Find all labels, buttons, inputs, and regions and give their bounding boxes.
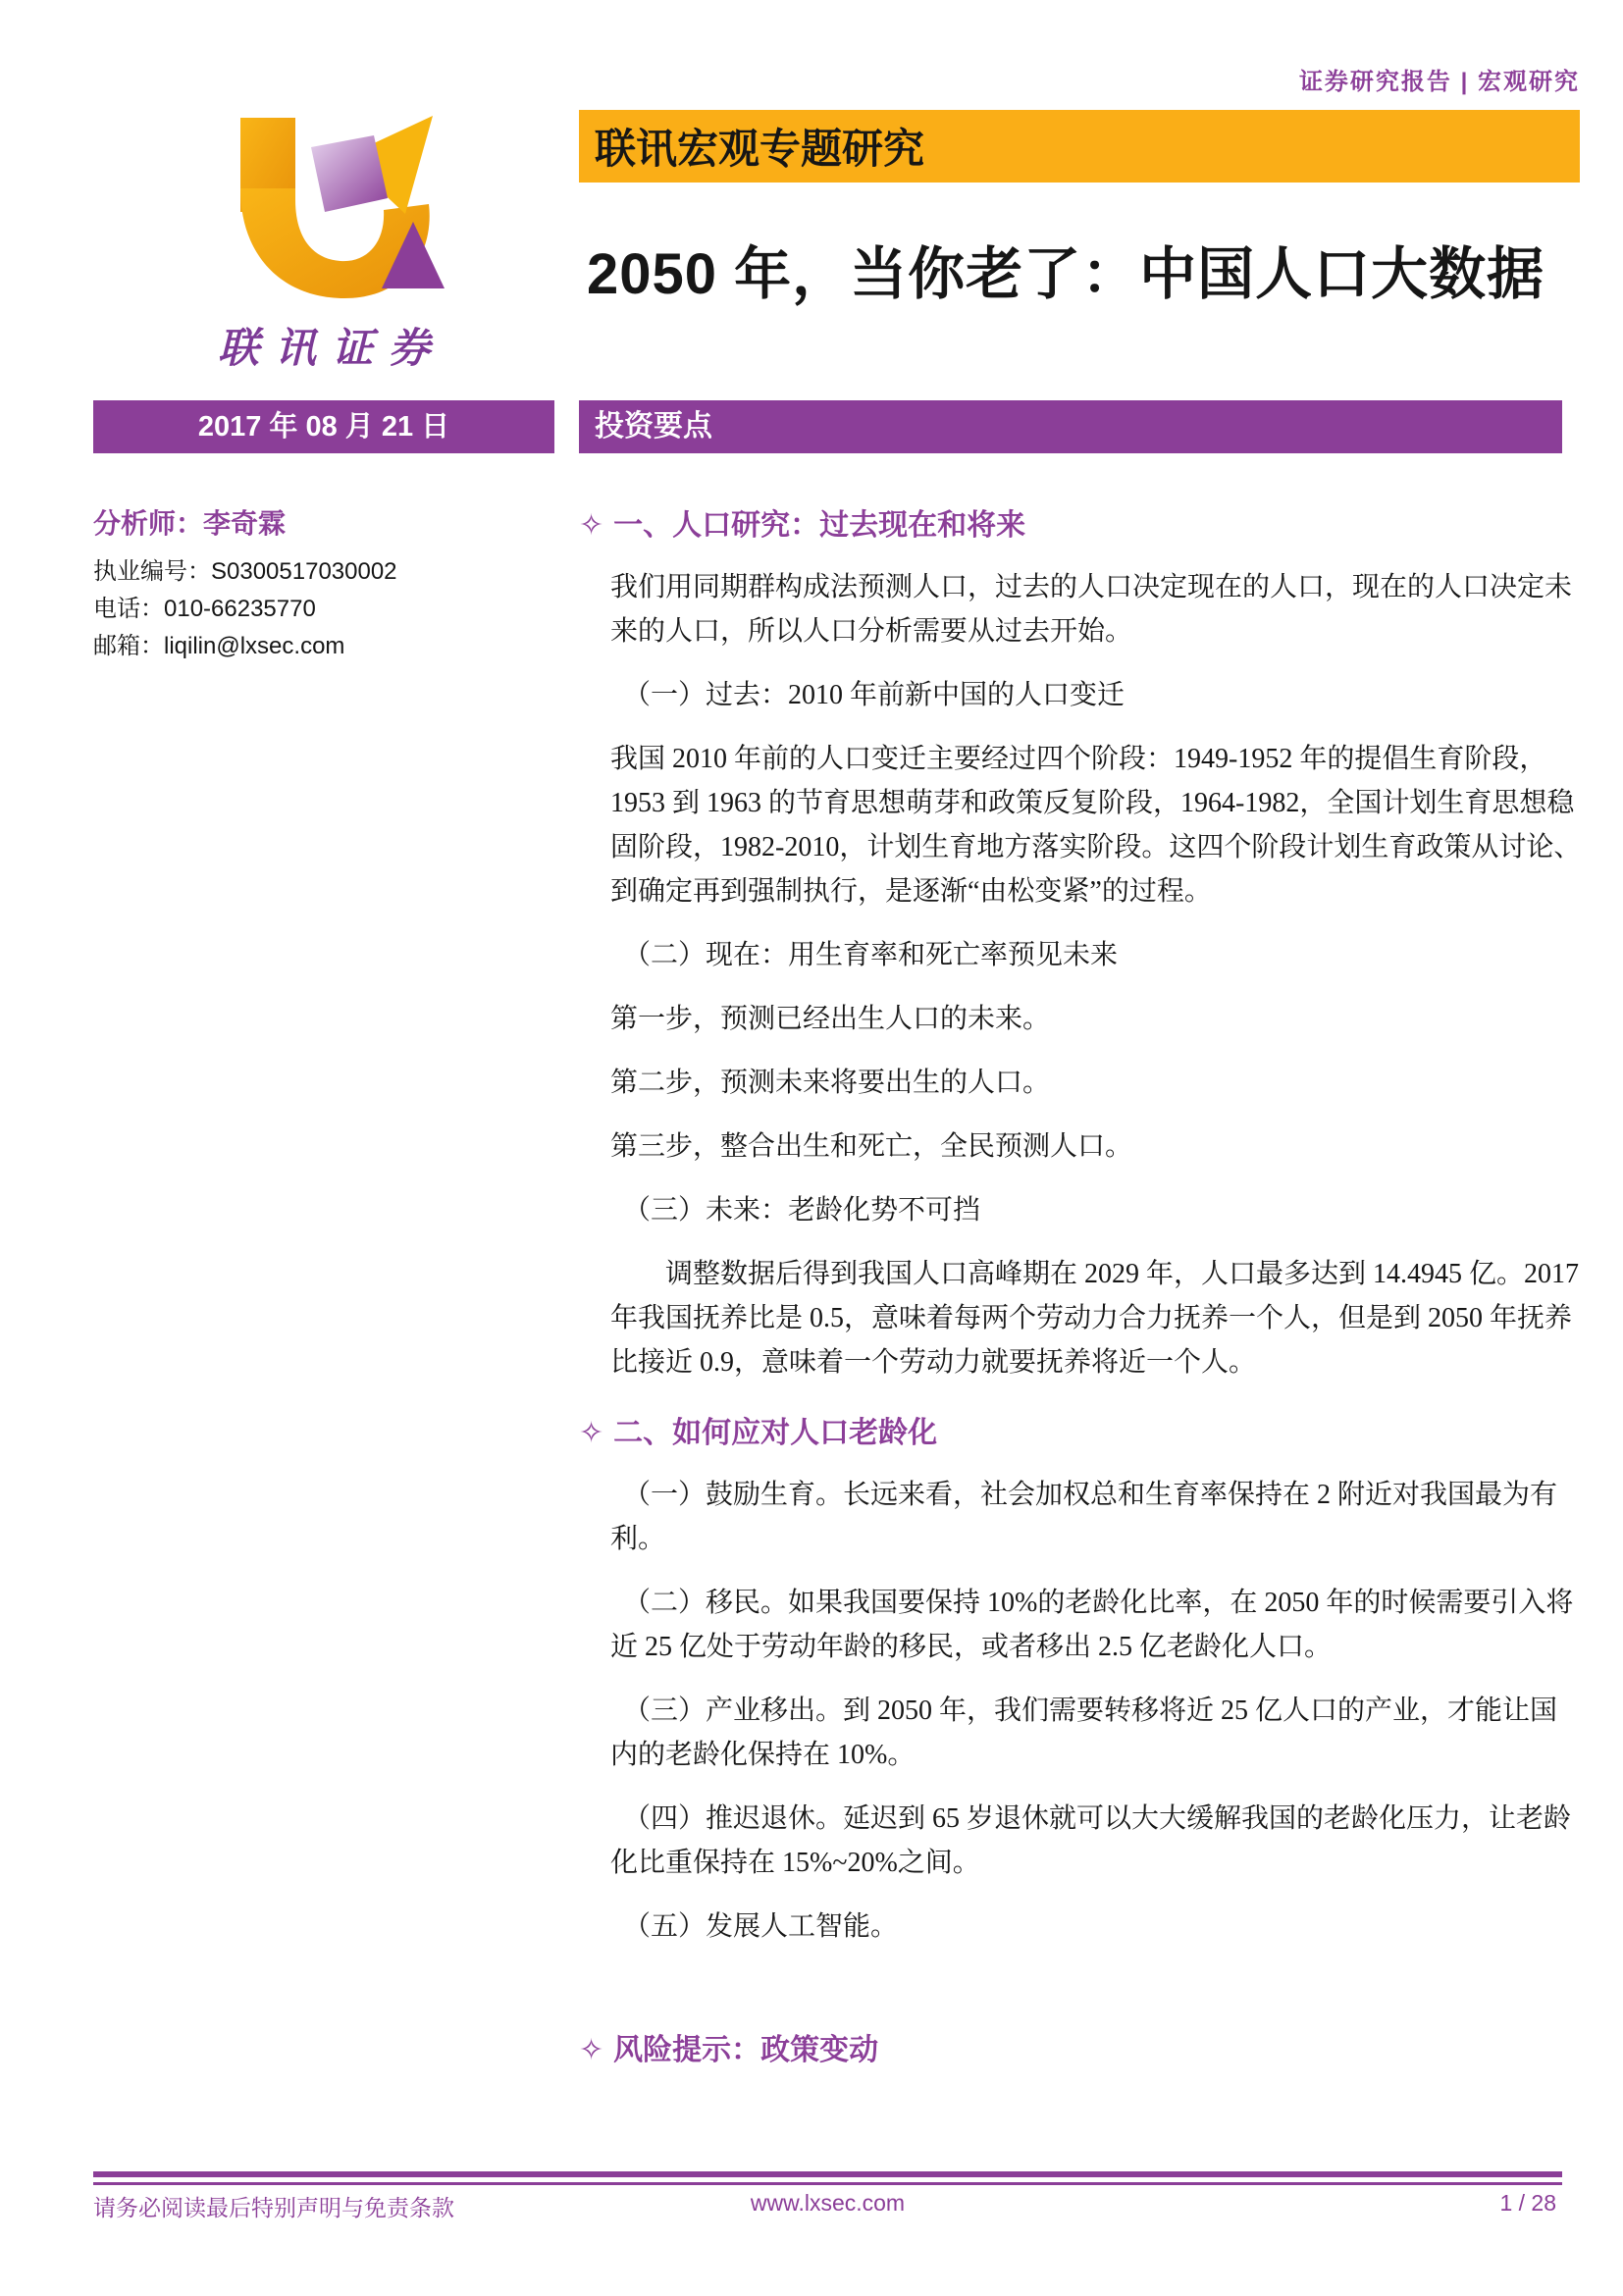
analyst-name: 分析师：李奇霖 — [93, 502, 564, 542]
paragraph: （四）推迟退休。延迟到 65 岁退休就可以大大缓解我国的老龄化压力，让老龄化比重… — [579, 1797, 1582, 1885]
company-logo-icon — [201, 94, 446, 310]
section-heading: ✧风险提示：政策变动 — [579, 2027, 1582, 2074]
paragraph: （一）过去：2010 年前新中国的人口变迁 — [579, 673, 1582, 717]
report-title: 2050 年，当你老了：中国人口大数据 — [587, 228, 1582, 310]
analyst-license: 执业编号：S0300517030002 — [93, 553, 564, 591]
paragraph: 第一步，预测已经出生人口的未来。 — [579, 997, 1582, 1041]
investment-highlights-bar: 投资要点 — [579, 400, 1562, 453]
series-banner-label: 联讯宏观专题研究 — [595, 117, 924, 176]
paragraph: （三）未来：老龄化势不可挡 — [579, 1188, 1582, 1232]
analyst-phone: 电话：010-66235770 — [93, 591, 564, 628]
paragraph: 第二步，预测未来将要出生的人口。 — [579, 1061, 1582, 1105]
paragraph: （三）产业移出。到 2050 年，我们需要转移将近 25 亿人口的产业，才能让国… — [579, 1689, 1582, 1777]
report-date-bar: 2017 年 08 月 21 日 — [93, 400, 554, 453]
section-heading: ✧二、如何应对人口老龄化 — [579, 1410, 1582, 1457]
diamond-bullet-icon: ✧ — [579, 1417, 603, 1449]
report-page: 证券研究报告 | 宏观研究 联讯证券 联讯宏观专题研究 2050 年，当 — [0, 0, 1623, 2296]
paragraph: 第三步，整合出生和死亡，全民预测人口。 — [579, 1124, 1582, 1169]
footer: 请务必阅读最后特别声明与免责条款 www.lxsec.com 1 / 28 — [93, 2190, 1562, 2225]
section-heading-label: 风险提示：政策变动 — [613, 2034, 878, 2066]
section-heading-label: 二、如何应对人口老龄化 — [613, 1417, 937, 1449]
footer-page-number: 1 / 28 — [1499, 2190, 1556, 2217]
diamond-bullet-icon: ✧ — [579, 509, 603, 542]
report-type-label: 证券研究报告 | 宏观研究 — [1299, 62, 1580, 96]
paragraph: 我们用同期群构成法预测人口，过去的人口决定现在的人口，现在的人口决定未来的人口，… — [579, 565, 1582, 653]
footer-rule-thin — [93, 2182, 1562, 2185]
paragraph: 调整数据后得到我国人口高峰期在 2029 年，人口最多达到 14.4945 亿。… — [579, 1252, 1582, 1384]
series-banner: 联讯宏观专题研究 — [579, 110, 1580, 183]
paragraph: 我国 2010 年前的人口变迁主要经过四个阶段：1949-1952 年的提倡生育… — [579, 737, 1582, 913]
section-heading: ✧一、人口研究：过去现在和将来 — [579, 502, 1582, 549]
paragraph: （五）发展人工智能。 — [579, 1905, 1582, 1949]
company-name: 联讯证券 — [93, 316, 554, 375]
section-heading-label: 一、人口研究：过去现在和将来 — [613, 509, 1025, 542]
paragraph: （一）鼓励生育。长远来看，社会加权总和生育率保持在 2 附近对我国最为有利。 — [579, 1473, 1582, 1561]
diamond-bullet-icon: ✧ — [579, 2034, 603, 2066]
footer-rule-thick — [93, 2171, 1562, 2177]
paragraph: （二）现在：用生育率和死亡率预见未来 — [579, 933, 1582, 977]
paragraph: （二）移民。如果我国要保持 10%的老龄化比率，在 2050 年的时候需要引入将… — [579, 1581, 1582, 1669]
analyst-info: 分析师：李奇霖 执业编号：S0300517030002 电话：010-66235… — [93, 502, 564, 665]
footer-website: www.lxsec.com — [93, 2190, 1562, 2217]
company-logo: 联讯证券 — [93, 94, 554, 375]
analyst-email: 邮箱：liqilin@lxsec.com — [93, 628, 564, 665]
report-body: ✧一、人口研究：过去现在和将来我们用同期群构成法预测人口，过去的人口决定现在的人… — [579, 502, 1582, 2090]
